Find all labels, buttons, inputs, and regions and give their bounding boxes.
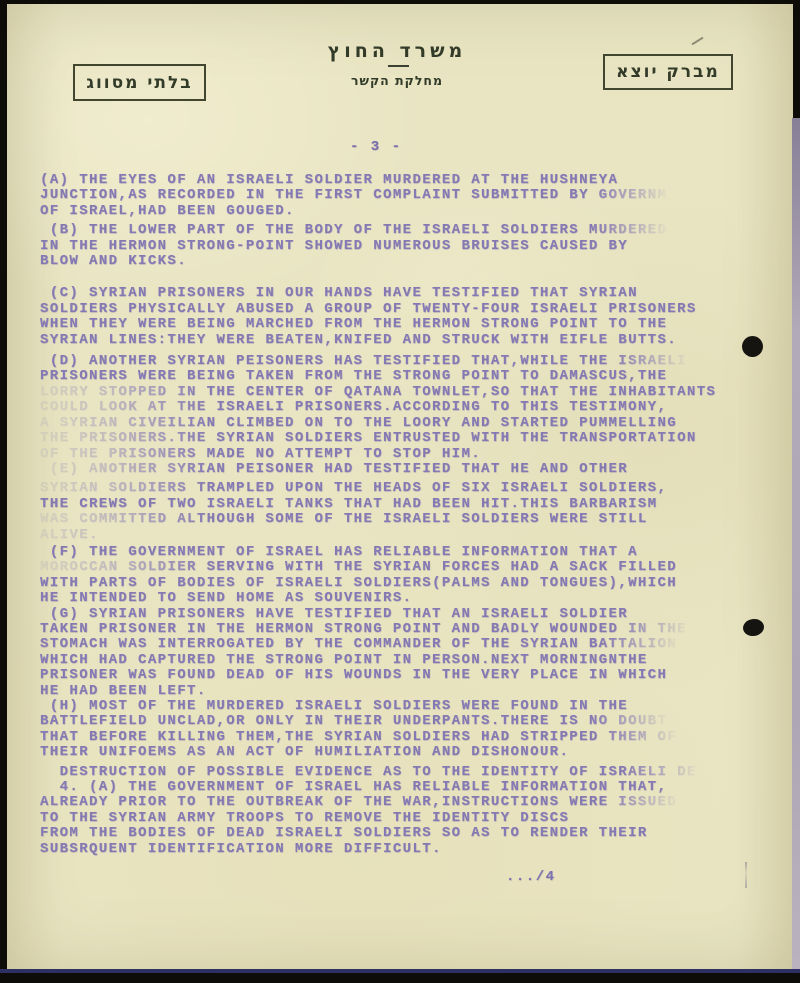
scanned-telegram-page: משרד החוץ מחלקת הקשר מברק יוצא בלתי מסוו… xyxy=(0,0,800,983)
document-line: (A) THE EYES OF AN ISRAELI SOLDIER MURDE… xyxy=(40,173,618,188)
paragraph-para-c: (C) SYRIAN PRISONERS IN OUR HANDS HAVE T… xyxy=(40,286,780,348)
document-line: THE PRISONERS.THE SYRIAN SOLDIERS ENTRUS… xyxy=(40,431,697,446)
document-line: (G) SYRIAN PRISONERS HAVE TESTIFIED THAT… xyxy=(40,607,628,622)
document-line: TO THE SYRIAN ARMY TROOPS TO REMOVE THE … xyxy=(40,811,569,826)
hole-punch xyxy=(742,336,763,357)
document-line: ALIVE. xyxy=(40,528,99,543)
document-line: OF THE PRISONERS MADE NO ATTEMPT TO STOP… xyxy=(40,447,481,462)
document-line: STOMACH WAS INTERROGATED BY THE COMMANDE… xyxy=(40,637,677,652)
document-line: WHICH HAD CAPTURED THE STRONG POINT IN P… xyxy=(40,653,648,668)
stamp-outgoing-telegram: מברק יוצא xyxy=(603,54,733,90)
document-line: IN THE HERMON STRONG-POINT SHOWED NUMERO… xyxy=(40,239,628,254)
document-line: (C) SYRIAN PRISONERS IN OUR HANDS HAVE T… xyxy=(40,286,638,301)
document-line: COULD LOOK AT THE ISRAELI PRISONERS.ACCO… xyxy=(40,400,667,415)
paragraph-para-d: (D) ANOTHER SYRIAN PEISONERS HAS TESTIFI… xyxy=(40,354,780,462)
document-line: JUNCTION,AS RECORDED IN THE FIRST COMPLA… xyxy=(40,188,667,203)
continuation-mark: .../4 xyxy=(506,869,556,885)
document-line: WHEN THEY WERE BEING MARCHED FROM THE HE… xyxy=(40,317,667,332)
stamp-outgoing-label: מברק יוצא xyxy=(616,62,720,82)
document-line: (H) MOST OF THE MURDERED ISRAELI SOLDIER… xyxy=(40,699,628,714)
document-line: (F) THE GOVERNMENT OF ISRAEL HAS RELIABL… xyxy=(40,545,638,560)
document-line: ALREADY PRIOR TO THE OUTBREAK OF THE WAR… xyxy=(40,795,677,810)
stamp-unclassified: בלתי מסווג xyxy=(73,64,206,101)
document-line: SYRIAN LINES:THEY WERE BEATEN,KNIFED AND… xyxy=(40,333,677,348)
paragraph-para-g: (G) SYRIAN PRISONERS HAVE TESTIFIED THAT… xyxy=(40,607,780,699)
paragraph-para-h: (H) MOST OF THE MURDERED ISRAELI SOLDIER… xyxy=(40,699,780,761)
document-line: THE CREWS OF TWO ISRAELI TANKS THAT HAD … xyxy=(40,497,658,512)
document-line: (B) THE LOWER PART OF THE BODY OF THE IS… xyxy=(40,223,667,238)
ministry-title: משרד החוץ xyxy=(297,40,497,62)
document-line: (E) ANOTHER SYRIAN PEISONER HAD TESTIFIE… xyxy=(40,462,628,477)
document-line: SOLDIERS PHYSICALLY ABUSED A GROUP OF TW… xyxy=(40,302,697,317)
department-subtitle: מחלקת הקשר xyxy=(297,73,497,88)
document-line: THAT BEFORE KILLING THEM,THE SYRIAN SOLD… xyxy=(40,730,677,745)
document-line: HE INTENDED TO SEND HOME AS SOUVENIRS. xyxy=(40,591,412,606)
document-line: MOROCCAN SOLDIER SERVING WITH THE SYRIAN… xyxy=(40,560,677,575)
document-line: HE HAD BEEN LEFT. xyxy=(40,684,207,699)
document-line: THEIR UNIFOEMS AS AN ACT OF HUMILIATION … xyxy=(40,745,569,760)
document-line: PRISONER WAS FOUND DEAD OF HIS WOUNDS IN… xyxy=(40,668,667,683)
page-number: - 3 - xyxy=(336,139,416,155)
paragraph-para-b: (B) THE LOWER PART OF THE BODY OF THE IS… xyxy=(40,223,780,269)
scan-edge-bottom xyxy=(0,969,800,973)
scratch-mark xyxy=(745,862,747,888)
paragraph-section-4: DESTRUCTION OF POSSIBLE EVIDENCE AS TO T… xyxy=(40,765,780,857)
document-line: WITH PARTS OF BODIES OF ISRAELI SOLDIERS… xyxy=(40,576,677,591)
document-line: DESTRUCTION OF POSSIBLE EVIDENCE AS TO T… xyxy=(40,765,697,780)
document-line: SUBSRQUENT IDENTIFICATION MORE DIFFICULT… xyxy=(40,842,442,857)
document-line: BLOW AND KICKS. xyxy=(40,254,187,269)
paragraph-para-e-1: (E) ANOTHER SYRIAN PEISONER HAD TESTIFIE… xyxy=(40,462,780,477)
document-line: FROM THE BODIES OF DEAD ISRAELI SOLDIERS… xyxy=(40,826,648,841)
document-line: (D) ANOTHER SYRIAN PEISONERS HAS TESTIFI… xyxy=(40,354,687,369)
title-underline xyxy=(388,65,409,67)
document-line: LORRY STOPPED IN THE CENTER OF QATANA TO… xyxy=(40,385,716,400)
document-line: SYRIAN SOLDIERS TRAMPLED UPON THE HEADS … xyxy=(40,481,667,496)
stamp-unclassified-label: בלתי מסווג xyxy=(86,73,192,93)
scan-edge-right xyxy=(792,118,800,970)
document-line: OF ISRAEL,HAD BEEN GOUGED. xyxy=(40,204,295,219)
paragraph-para-e-2: SYRIAN SOLDIERS TRAMPLED UPON THE HEADS … xyxy=(40,481,780,543)
document-line: 4. (A) THE GOVERNMENT OF ISRAEL HAS RELI… xyxy=(40,780,667,795)
document-line: TAKEN PRISONER IN THE HERMON STRONG POIN… xyxy=(40,622,687,637)
paragraph-para-a: (A) THE EYES OF AN ISRAELI SOLDIER MURDE… xyxy=(40,173,780,219)
document-line: BATTLEFIELD UNCLAD,OR ONLY IN THEIR UNDE… xyxy=(40,714,667,729)
document-line: PRISONERS WERE BEING TAKEN FROM THE STRO… xyxy=(40,369,667,384)
document-line: WAS COMMITTED ALTHOUGH SOME OF THE ISRAE… xyxy=(40,512,648,527)
document-body: (A) THE EYES OF AN ISRAELI SOLDIER MURDE… xyxy=(40,173,780,857)
paragraph-para-f: (F) THE GOVERNMENT OF ISRAEL HAS RELIABL… xyxy=(40,545,780,607)
document-line: A SYRIAN CIVEILIAN CLIMBED ON TO THE LOO… xyxy=(40,416,677,431)
